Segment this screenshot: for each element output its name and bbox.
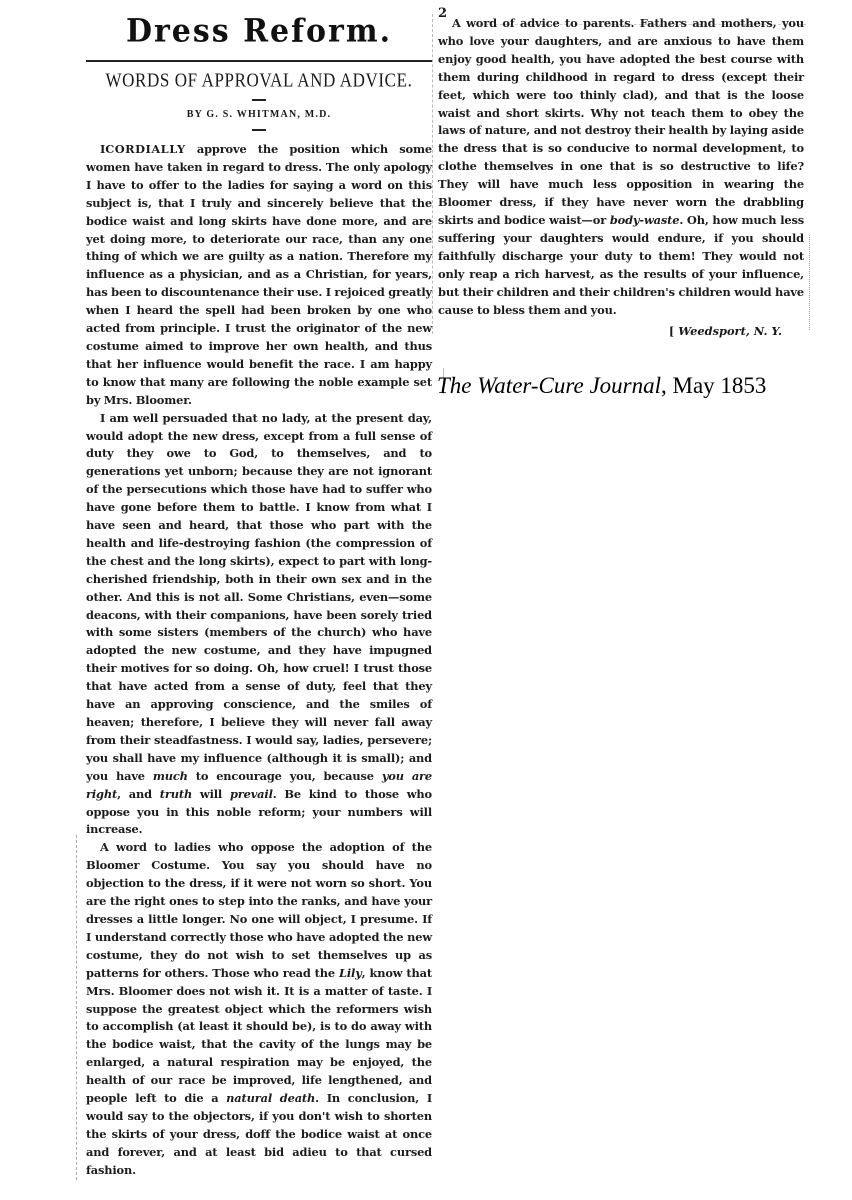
source-caption: The Water-Cure Journal, May 1853 xyxy=(437,373,766,399)
p2-text-c: , and xyxy=(117,787,160,801)
left-margin-scan-edge xyxy=(76,835,77,1180)
left-column: Dress Reform. WORDS OF APPROVAL AND ADVI… xyxy=(86,0,432,1180)
p3-text-a: A word to ladies who oppose the adoption… xyxy=(86,840,432,979)
scanned-newspaper-page: 2 Dress Reform. WORDS OF APPROVAL AND AD… xyxy=(0,0,852,1200)
signoff-place: Weedsport, N. Y. xyxy=(678,324,782,338)
p2-italic-much: much xyxy=(153,769,188,783)
p2-text-d: will xyxy=(192,787,230,801)
article-signoff: [ Weedsport, N. Y. xyxy=(438,321,804,341)
right-body-text: A word of advice to parents. Fathers and… xyxy=(438,15,804,319)
paragraph-1-text: approve the position which some women ha… xyxy=(86,142,432,407)
signoff-bracket: [ xyxy=(669,324,674,338)
p4-italic-body-waste: body-waste xyxy=(610,213,679,227)
title-dash xyxy=(252,99,266,101)
masthead-rule xyxy=(86,60,432,62)
right-margin-scan-edge xyxy=(809,235,810,330)
journal-date: , May 1853 xyxy=(661,373,766,398)
journal-name: The Water-Cure Journal xyxy=(437,373,661,398)
p3-text-b: , know that Mrs. Bloomer does not wish i… xyxy=(86,966,432,1105)
p4-text-a: A word of advice to parents. Fathers and… xyxy=(438,16,804,227)
p3-italic-lily: Lily xyxy=(339,966,362,980)
p3-italic-natural-death: natural death xyxy=(226,1091,315,1105)
p4-text-b: . Oh, how much less suffering your daugh… xyxy=(438,213,804,317)
paragraph-4: A word of advice to parents. Fathers and… xyxy=(438,15,804,319)
paragraph-1: ICORDIALLY approve the position which so… xyxy=(86,141,432,410)
column-divider xyxy=(432,14,433,334)
masthead: Dress Reform. xyxy=(86,9,432,55)
paragraph-2: I am well persuaded that no lady, at the… xyxy=(86,410,432,840)
p2-italic-truth: truth xyxy=(160,787,192,801)
p2-text-a: I am well persuaded that no lady, at the… xyxy=(86,411,432,783)
p2-text-b: to encourage you, because xyxy=(188,769,382,783)
article-title: WORDS OF APPROVAL AND ADVICE. xyxy=(86,68,432,93)
left-body-text: ICORDIALLY approve the position which so… xyxy=(86,141,432,1180)
p2-italic-prevail: prevail xyxy=(230,787,273,801)
smallcaps-lead: CORDIALLY xyxy=(105,142,185,156)
article-byline: BY G. S. WHITMAN, M.D. xyxy=(86,108,432,122)
paragraph-3: A word to ladies who oppose the adoption… xyxy=(86,839,432,1179)
right-column: A word of advice to parents. Fathers and… xyxy=(438,0,804,341)
byline-dash xyxy=(252,129,266,131)
